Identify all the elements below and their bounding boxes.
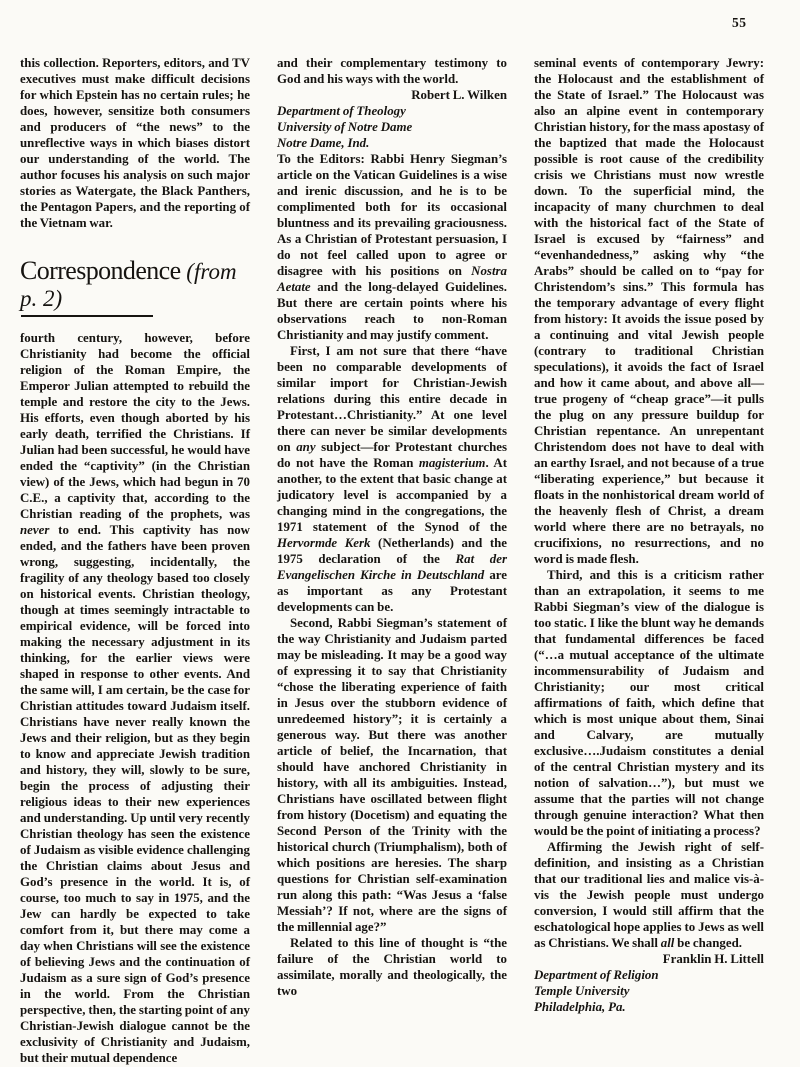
- letter-paragraph: First, I am not sure that there “have be…: [277, 343, 507, 615]
- review-tail-paragraph: this collection. Reporters, editors, and…: [20, 55, 250, 231]
- letter-paragraph: Affirming the Jewish right of self-defin…: [534, 839, 764, 951]
- signature-name: Robert L. Wilken: [277, 87, 507, 103]
- signature-affiliation-line: Notre Dame, Ind.: [277, 135, 507, 151]
- letter-paragraph: seminal events of contemporary Jewry: th…: [534, 55, 764, 567]
- magazine-page: 55 this collection. Reporters, editors, …: [0, 0, 800, 1067]
- middle-column: and their complementary testimony to God…: [277, 55, 507, 1066]
- letter-paragraph: Third, and this is a criticism rather th…: [534, 567, 764, 839]
- signature-affiliation-line: Department of Theology: [277, 103, 507, 119]
- correspondence-heading: Correspondence (from p. 2): [20, 256, 250, 317]
- page-number: 55: [732, 15, 747, 31]
- letter-paragraph: fourth century, however, before Christia…: [20, 330, 250, 1066]
- letter-paragraph: Second, Rabbi Siegman’s statement of the…: [277, 615, 507, 935]
- signature-affiliation-line: Department of Religion: [534, 967, 764, 983]
- heading-underline: [21, 315, 153, 317]
- right-column: seminal events of contemporary Jewry: th…: [534, 55, 764, 1066]
- section-title: Correspondence: [20, 256, 181, 285]
- signature-affiliation-line: University of Notre Dame: [277, 119, 507, 135]
- signature-affiliation-line: Temple University: [534, 983, 764, 999]
- signature-name: Franklin H. Littell: [534, 951, 764, 967]
- left-column: this collection. Reporters, editors, and…: [20, 55, 250, 1066]
- page-columns: this collection. Reporters, editors, and…: [0, 0, 800, 1066]
- letter-paragraph: Related to this line of thought is “the …: [277, 935, 507, 999]
- letter-paragraph: and their complementary testimony to God…: [277, 55, 507, 87]
- signature-affiliation-line: Philadelphia, Pa.: [534, 999, 764, 1015]
- letter-paragraph: To the Editors: Rabbi Henry Siegman’s ar…: [277, 151, 507, 343]
